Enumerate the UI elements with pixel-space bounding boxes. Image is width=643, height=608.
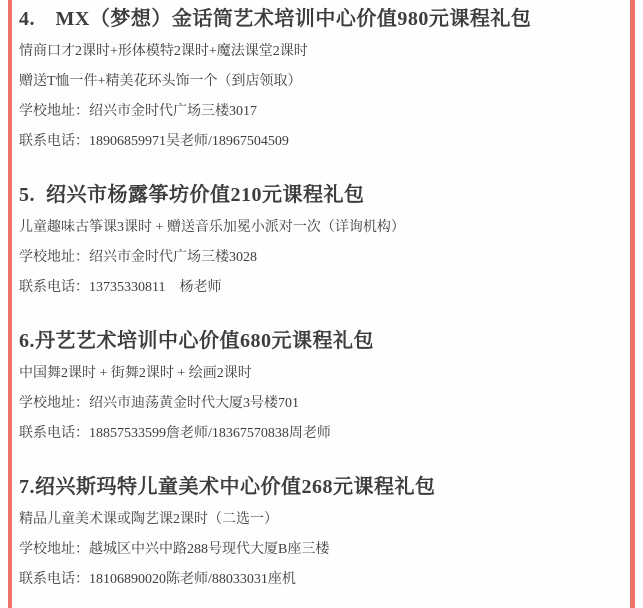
left-border-line <box>8 0 12 608</box>
package-heading: 5. 绍兴市杨露筝坊价值210元课程礼包 <box>19 184 601 206</box>
package-phone-line: 联系电话：13735330811 杨老师 <box>19 281 601 295</box>
course-package-section-5: 5. 绍兴市杨露筝坊价值210元课程礼包 儿童趣味古筝课3课时 + 赠送音乐加冕… <box>19 184 601 295</box>
package-address-line: 学校地址：绍兴市迪荡黄金时代大厦3号楼701 <box>19 397 601 411</box>
package-heading: 4. MX（梦想）金话筒艺术培训中心价值980元课程礼包 <box>19 8 601 30</box>
package-heading: 7.绍兴斯玛特儿童美术中心价值268元课程礼包 <box>19 476 601 498</box>
package-phone-line: 联系电话：18906859971吴老师/18967504509 <box>19 135 601 149</box>
article-page: 4. MX（梦想）金话筒艺术培训中心价值980元课程礼包 情商口才2课时+形体模… <box>0 0 643 608</box>
package-address-line: 学校地址：绍兴市金时代广场三楼3017 <box>19 105 601 119</box>
right-border-line <box>630 0 635 608</box>
package-gift-line: 赠送T恤一件+精美花环头饰一个（到店领取） <box>19 75 601 89</box>
course-package-section-4: 4. MX（梦想）金话筒艺术培训中心价值980元课程礼包 情商口才2课时+形体模… <box>19 8 601 149</box>
package-address-line: 学校地址：绍兴市金时代广场三楼3028 <box>19 251 601 265</box>
course-package-section-6: 6.丹艺艺术培训中心价值680元课程礼包 中国舞2课时 + 街舞2课时 + 绘画… <box>19 330 601 441</box>
package-course-line: 情商口才2课时+形体模特2课时+魔法课堂2课时 <box>19 45 601 59</box>
package-phone-line: 联系电话：18106890020陈老师/88033031座机 <box>19 573 601 587</box>
package-heading: 6.丹艺艺术培训中心价值680元课程礼包 <box>19 330 601 352</box>
package-course-line: 儿童趣味古筝课3课时 + 赠送音乐加冕小派对一次（详询机构） <box>19 221 601 235</box>
package-course-line: 精品儿童美术课或陶艺课2课时（二选一） <box>19 513 601 527</box>
course-package-section-7: 7.绍兴斯玛特儿童美术中心价值268元课程礼包 精品儿童美术课或陶艺课2课时（二… <box>19 476 601 587</box>
package-address-line: 学校地址：越城区中兴中路288号现代大厦B座三楼 <box>19 543 601 557</box>
package-phone-line: 联系电话：18857533599詹老师/18367570838周老师 <box>19 427 601 441</box>
package-course-line: 中国舞2课时 + 街舞2课时 + 绘画2课时 <box>19 367 601 381</box>
article-content: 4. MX（梦想）金话筒艺术培训中心价值980元课程礼包 情商口才2课时+形体模… <box>0 0 643 587</box>
